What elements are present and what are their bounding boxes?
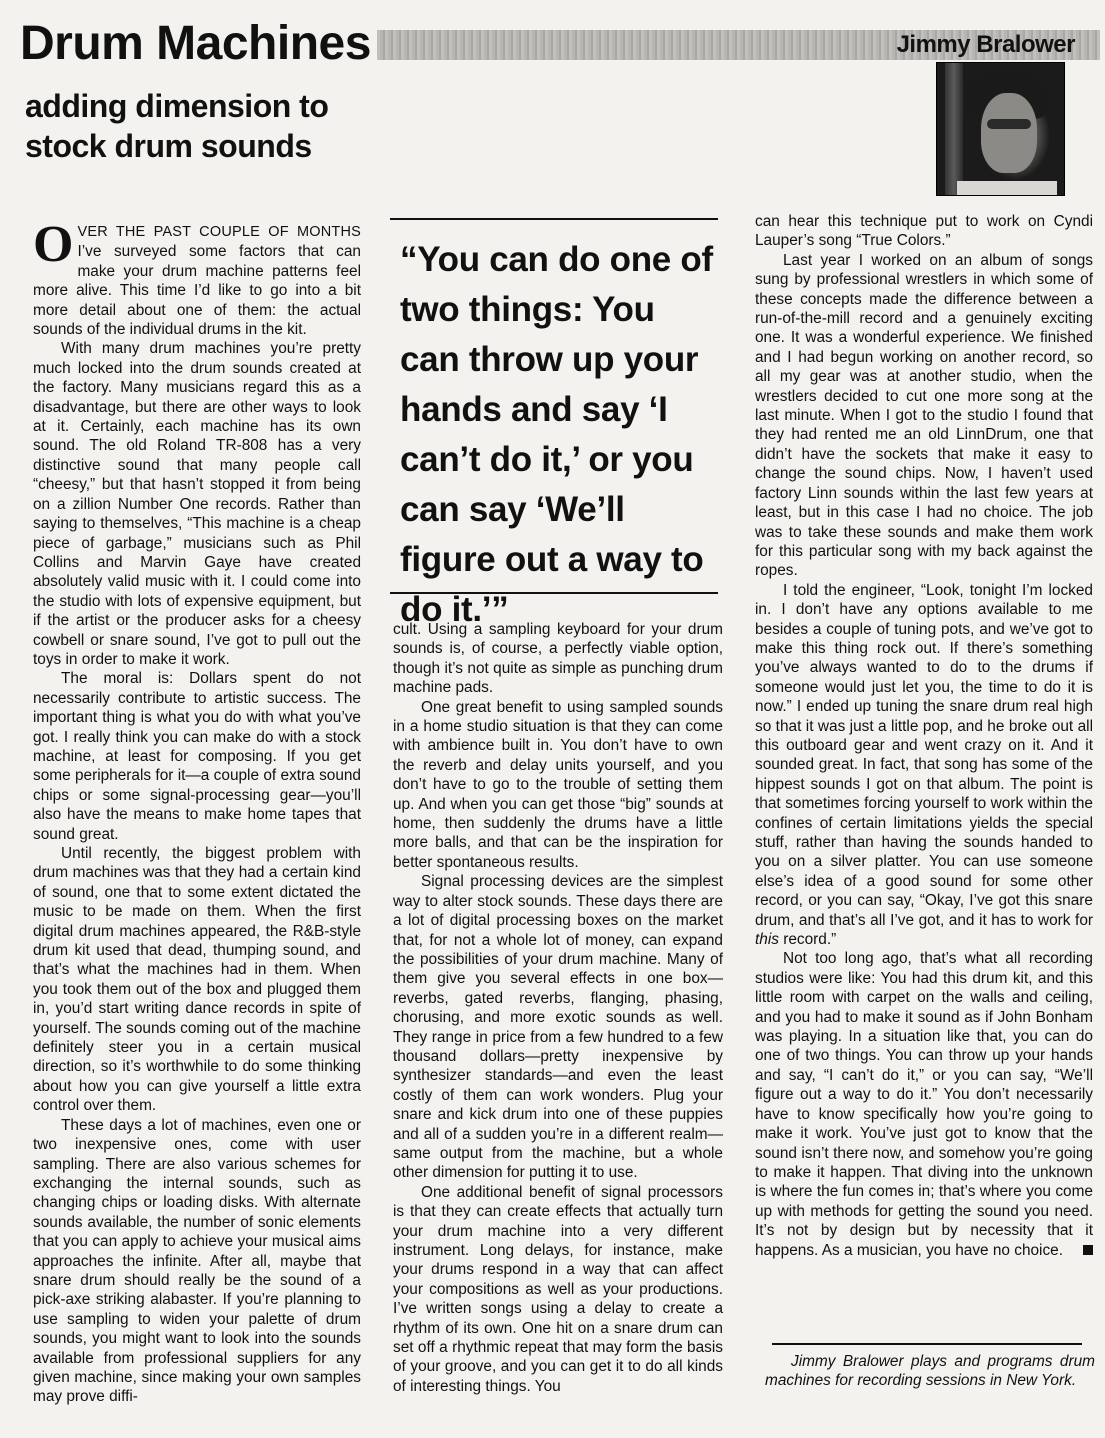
paragraph: can hear this technique put to work on C…	[755, 212, 1093, 251]
photo-eyes	[987, 119, 1031, 129]
paragraph: One great benefit to using sampled sound…	[393, 698, 723, 873]
article-column-3: can hear this technique put to work on C…	[755, 212, 1093, 1260]
paragraph: Until recently, the biggest problem with…	[33, 844, 361, 1116]
paragraph: These days a lot of machines, even one o…	[33, 1116, 361, 1407]
paragraph: cult. Using a sampling keyboard for your…	[393, 620, 723, 698]
end-of-article-mark-icon	[1083, 1245, 1093, 1255]
drop-cap: O	[33, 224, 73, 266]
paragraph: Last year I worked on an album of songs …	[755, 251, 1093, 581]
paragraph-text: Not too long ago, that’s what all record…	[755, 950, 1093, 1258]
photo-shirt	[957, 181, 1057, 196]
author-photo	[936, 62, 1065, 196]
paragraph-text: I told the engineer, “Look, tonight I’m …	[755, 582, 1093, 929]
paragraph-text: record.”	[779, 931, 836, 948]
article-column-2: cult. Using a sampling keyboard for your…	[393, 620, 723, 1396]
paragraph-final: Not too long ago, that’s what all record…	[755, 949, 1093, 1260]
author-byline: Jimmy Bralower	[897, 30, 1075, 60]
paragraph: Signal processing devices are the simple…	[393, 872, 723, 1183]
paragraph: With many drum machines you’re pretty mu…	[33, 339, 361, 669]
photo-background-pillar	[945, 63, 963, 195]
paragraph: The moral is: Dollars spent do not neces…	[33, 669, 361, 844]
article-subtitle: adding dimension to stock drum sounds	[25, 86, 345, 166]
paragraph: One additional benefit of signal process…	[393, 1183, 723, 1396]
photo-face	[981, 93, 1037, 173]
pullquote: “You can do one of two things: You can t…	[400, 235, 720, 635]
lead-paragraph: OVER THE PAST COUPLE OF MONTHS I’ve surv…	[33, 222, 361, 339]
pullquote-bottom-rule	[390, 592, 718, 594]
italic-emphasis: this	[755, 931, 779, 948]
lead-text: I’ve surveyed some factors that can make…	[33, 243, 361, 338]
article-column-1: OVER THE PAST COUPLE OF MONTHS I’ve surv…	[33, 222, 361, 1407]
author-bio: Jimmy Bralower plays and programs drum m…	[765, 1352, 1095, 1391]
article-title: Drum Machines	[20, 20, 377, 68]
lead-smallcaps: VER THE PAST COUPLE OF MONTHS	[77, 224, 361, 240]
bio-divider	[772, 1343, 1082, 1345]
pullquote-top-rule	[390, 218, 718, 220]
paragraph: I told the engineer, “Look, tonight I’m …	[755, 581, 1093, 950]
